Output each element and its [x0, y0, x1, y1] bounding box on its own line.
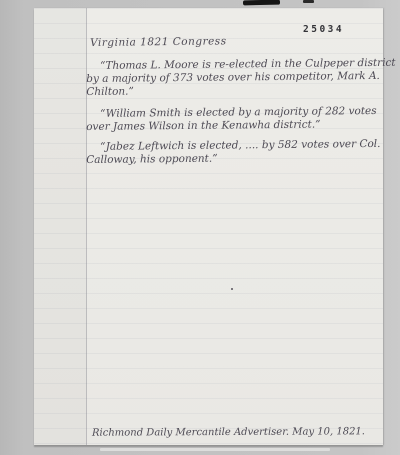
note-heading: Virginia 1821 Congress	[90, 35, 227, 50]
note-line: over James Wilson in the Kenawha distric…	[86, 118, 386, 134]
paper-sheet: 25034 Virginia 1821 Congress “Thomas L. …	[34, 8, 383, 445]
paragraph-william-smith: “William Smith is elected by a majority …	[86, 105, 386, 134]
paragraph-jabez-leftwich: “Jabez Leftwich is elected, .... by 582 …	[86, 138, 386, 167]
catalog-number-stamp: 25034	[303, 24, 344, 35]
underlying-sheet-edge	[100, 448, 330, 451]
scanner-edge-artifact-mark-small	[303, 0, 314, 3]
source-citation: Richmond Daily Mercantile Advertiser. Ma…	[92, 425, 365, 439]
scanned-document-page: 25034 Virginia 1821 Congress “Thomas L. …	[0, 0, 400, 455]
scanner-edge-artifact-mark	[243, 0, 280, 5]
note-line: Calloway, his opponent.”	[86, 151, 386, 167]
left-margin-fold-line	[34, 8, 87, 445]
stray-ink-dot	[231, 288, 233, 290]
paragraph-thomas-moore: “Thomas L. Moore is re-elected in the Cu…	[86, 57, 386, 99]
note-line: Chilton.”	[86, 83, 386, 99]
